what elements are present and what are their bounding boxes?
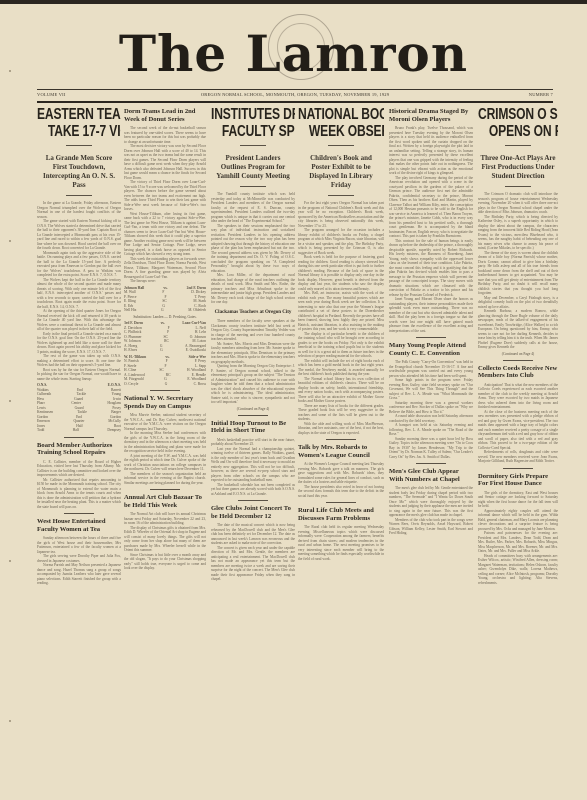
article-body: The Crimson O dramatic club will introdu… [478, 192, 558, 350]
column-6: CRIMSON O SEASONOPENS ON FRIDAYThree One… [478, 106, 558, 585]
lineup-header-cell: vs. [161, 321, 165, 326]
paragraph: Last year the Normal had a championship … [211, 447, 295, 483]
paragraph: Miss Marvie Seeber, national student sec… [124, 413, 206, 431]
article-body: Three members of the faculty were speake… [211, 319, 295, 405]
divider [240, 186, 266, 187]
divider [328, 195, 354, 196]
paragraph: The rest of the game was taken up with O… [37, 354, 121, 368]
paragraph: The Wolves kept the ball in the La Grand… [37, 278, 121, 310]
paragraph: A round table discussion was held Saturd… [389, 414, 473, 423]
paragraph: Men's basketball practice will start in … [211, 438, 295, 447]
paragraph: Sunday morning there was a quiet hour le… [389, 437, 473, 460]
deck-subheadline: Children's Book and Poster Exhibit to be… [300, 154, 382, 190]
continued-link[interactable]: (Continued on Page 4) [211, 407, 295, 411]
headline: INSTITUTES DRAWFACULTY SPEAKERS [211, 106, 277, 140]
paragraph: At the opening of the third quarter Jone… [37, 309, 121, 332]
divider [505, 145, 531, 146]
paragraph: The Birthday Party, which is being direc… [478, 215, 558, 251]
paragraph: This week the outstanding players as for… [124, 257, 206, 280]
lineup-cell: O. Cecyle [124, 382, 138, 387]
paragraph: At the Women's League Council meeting la… [298, 462, 384, 485]
divider [64, 437, 94, 438]
column-4: NATIONAL BOOKWEEK OBSERVEDChildren's Boo… [298, 106, 384, 561]
paragraph: Patrons and patronesses for the evening … [478, 531, 558, 554]
article-body: Anticipation! That is what the new membe… [478, 383, 558, 464]
article-body: Miss Marvie Seeber, national student sec… [124, 413, 206, 485]
divider [326, 439, 356, 440]
paragraph: Approximately eighty couples will attend… [478, 509, 558, 532]
lineup-cell: G [161, 308, 164, 313]
paragraph: The men's glee club led by Mr. Gentle en… [389, 486, 473, 518]
paragraph: Saturday morning there was a general wor… [389, 401, 473, 415]
publication-info: OREGON NORMAL SCHOOL, MONMOUTH, OREGON, … [37, 92, 553, 97]
lineup-cell: Todd [37, 428, 44, 433]
lineup-cell: E. Osoidkoski [186, 348, 206, 353]
paragraph: The girls serving were Dorothy Piper and… [37, 554, 121, 563]
divider [416, 337, 446, 338]
headline-line: NATIONAL BOOK [298, 106, 365, 123]
article: Initial Hoop Turnout to Be Held in Short… [211, 415, 295, 497]
paragraph: Janet Young and Moroni Olsen share the h… [389, 297, 473, 333]
article: INSTITUTES DRAWFACULTY SPEAKERSPresident… [211, 106, 295, 411]
lineup-row: H. ElwesGE. Osoidkoski [124, 348, 206, 353]
paragraph: The house presidents also voted in favor… [298, 485, 384, 499]
column-5: Historical Drama Staged By Moroni Olsen … [389, 106, 473, 536]
paragraph: The most decisive victory was won by Sec… [124, 144, 206, 180]
paragraph: The basketball schedule has not been com… [211, 483, 295, 497]
paragraph: Root was by far the star for Eastern Ore… [37, 368, 121, 382]
headline-line: EASTERN TEACHERS [37, 106, 103, 123]
binder-hole [9, 560, 11, 562]
lineup-cell: RC [164, 339, 169, 344]
paragraph: Mrs. Bell, art instructor, assists with … [298, 291, 384, 332]
lineup-table: O.N.S.E.O.N.S.WatkinsEndBarrettCulbreath… [37, 383, 121, 433]
paragraph: Book week is held for the purpose of fos… [298, 255, 384, 291]
masthead: The Lamron [0, 4, 587, 86]
paragraph: Since Christmas is but little over a mon… [124, 553, 206, 571]
divider [238, 500, 268, 501]
headline-line: OPENS ON FRIDAY [478, 123, 540, 140]
paragraph: The theme of the story is woven about th… [478, 251, 558, 296]
paragraph: The exhibit will include the set of eigh… [298, 359, 384, 377]
lineup-cell: C. Bross [194, 382, 206, 387]
binder-hole [9, 720, 11, 722]
article-body: The Rural club held its regular meeting … [298, 525, 384, 561]
article-headline: Talk by Mrs. Robards to Women's League C… [298, 444, 384, 459]
article: Historical Drama Staged By Moroni Olsen … [389, 108, 473, 333]
deck-subheadline: Three One-Act Plays Are First Production… [480, 154, 556, 181]
paragraph: The Crimson O dramatic club will introdu… [478, 192, 558, 215]
article-body: The men's glee club led by Mr. Gentle en… [389, 486, 473, 536]
newspaper-title: The Lamron [0, 24, 587, 84]
paragraph: Sunday afternoon between the hours of th… [37, 536, 121, 554]
paragraph: Monmouth again took up the aggressive si… [37, 251, 121, 278]
paragraph: The game started with Eastern Normal kic… [37, 219, 121, 251]
deck-subheadline: President Landers Outlines Program for Y… [213, 154, 293, 181]
binder-hole [9, 70, 11, 72]
paragraph: The Normal school library has its own co… [298, 377, 384, 404]
article-body: The second week of the do-nut basketball… [124, 126, 206, 284]
headline-line: TAKE 17-7 VICTORY [37, 123, 103, 140]
paragraph: The second week of the do-nut basketball… [124, 126, 206, 144]
column-3: INSTITUTES DRAWFACULTY SPEAKERSPresident… [211, 106, 295, 582]
article: NATIONAL BOOKWEEK OBSERVEDChildren's Boo… [298, 106, 384, 435]
divider [503, 360, 533, 361]
paragraph: The victory of Third Floor Dorm over Loa… [124, 180, 206, 212]
deck-subheadline: La Grande Men Score First Touchdown, Int… [39, 154, 119, 190]
article-headline: Collecto Coeds Receive New Members Into … [478, 365, 558, 380]
divider [37, 101, 553, 103]
divider [150, 390, 180, 391]
paragraph: The Normal Art club will have its annual… [124, 512, 206, 526]
divider [64, 513, 94, 514]
article-headline: Dormitory Girls Prepare For First House … [478, 473, 558, 488]
headline-line: WEEK OBSERVED [298, 123, 365, 140]
paragraph: A banquet was held at six Saturday eveni… [389, 423, 473, 437]
paragraph: May and December, a Caryl Fitzhugh story… [478, 296, 558, 310]
lineup-cell: M. Ohleferb [188, 308, 206, 313]
article: CRIMSON O SEASONOPENS ON FRIDAYThree One… [478, 106, 558, 356]
article-headline: Board Member Authorizes Training School … [37, 442, 121, 457]
article-body: Men's basketball practice will start in … [211, 438, 295, 497]
article: Men's Glee Club Appear With Numbers at C… [389, 463, 473, 536]
divider [238, 415, 268, 416]
paragraph: The play involved Germany during the per… [389, 176, 473, 239]
lineup-cell: Nell Hix [124, 308, 136, 313]
paragraph: Some high points in the program were: Fr… [389, 378, 473, 401]
lineup-table: W. H.-Tilikumvs.Side-a-WeeN. ParrishFF. … [124, 355, 206, 387]
dateline: VOLUME VII OREGON NORMAL SCHOOL, MONMOUT… [37, 92, 553, 100]
paragraph: With the able and willing work of Miss M… [298, 422, 384, 436]
article-body: The Normal Art club will have its annual… [124, 512, 206, 571]
paragraph: Quoting from the Morning Oregon City Ent… [211, 364, 295, 405]
article-body: The Yamhill county institute which was h… [211, 192, 295, 305]
article-body: In the game at La Grande, Friday afterno… [37, 201, 121, 381]
paragraph: Three members of the faculty were speake… [211, 319, 295, 342]
substitution-note: Substitution: Landen — D. Pershing, Gate… [124, 315, 206, 320]
paragraph: Heads of committees busy with arrangemen… [478, 554, 558, 586]
article: Dorm Teams Lead in 2nd Week of Donut Ser… [124, 108, 206, 386]
article-headline: Annual Art Club Bazaar To be Held This W… [124, 494, 206, 509]
paragraph: Anticipation! That is what the new membe… [478, 383, 558, 410]
lineup-row: O. CecyleGC. Bross [124, 382, 206, 387]
article-headline: Many Young People Attend County C. E. Co… [389, 342, 473, 357]
paragraph: Early in the final period La Grande star… [37, 332, 121, 355]
divider [37, 89, 553, 90]
paragraph: Refreshments of rolls, doughnuts and cid… [478, 450, 558, 464]
divider [416, 463, 446, 464]
article: Talk by Mrs. Robards to Women's League C… [298, 439, 384, 498]
divider [240, 145, 266, 146]
lineup-table: 3rd F. Dormvs.Loan-Curl-VanZ. DavidsonFL… [124, 321, 206, 353]
lineup-row: ToddHalfDempsey [37, 428, 121, 433]
paragraph: The lineups were: [124, 279, 206, 284]
lineup-cell: Dempsey [107, 428, 121, 433]
paragraph: The Polk County "Carry-On Convention" wa… [389, 360, 473, 378]
lineup-row: Nell HixGM. Ohleferb [124, 308, 206, 313]
article: Glee Clubs Joint Concert To be Held Dece… [211, 500, 295, 582]
lineup-cell: G [165, 382, 168, 387]
paragraph: Mr. Callister authorized that repairs am… [37, 478, 121, 510]
lineup-cell: F [165, 364, 167, 369]
divider [328, 145, 354, 146]
article: Board Member Authorizes Training School … [37, 437, 121, 510]
article-body: The Polk County "Carry-On Convention" wa… [389, 360, 473, 459]
headline: CRIMSON O SEASONOPENS ON FRIDAY [478, 106, 540, 140]
headline-line: CRIMSON O SEASON [478, 106, 540, 123]
article: Many Young People Attend County C. E. Co… [389, 337, 473, 459]
divider [503, 468, 533, 469]
paragraph: Norma Parrish and May Neilson presented … [37, 563, 121, 586]
paragraph: Members of the club who took part in the… [389, 518, 473, 536]
divider [150, 489, 180, 490]
article: EASTERN TEACHERSTAKE 17-7 VICTORYLa Gran… [37, 106, 121, 433]
divider [505, 186, 531, 187]
column-2: Dorm Teams Lead in 2nd Week of Donut Ser… [124, 106, 206, 571]
paragraph: A joint meeting of the Y.W. and Y.M.C.A.… [124, 454, 206, 472]
column-1: EASTERN TEACHERSTAKE 17-7 VICTORYLa Gran… [37, 106, 121, 586]
lineup-table: Johnson Hallvs.2nd F. DormM. WallFD. Dic… [124, 286, 206, 313]
paragraph: At the close of the business meeting eac… [478, 410, 558, 451]
article: Collecto Coeds Receive New Members Into … [478, 360, 558, 464]
article-headline: National Y. W. Secretary Spends Day on C… [124, 395, 206, 410]
paragraph: The members of the season's organization… [124, 472, 206, 486]
article-headline: Initial Hoop Turnout to Be Held in Short… [211, 420, 295, 435]
binder-hole [9, 400, 11, 402]
divider [66, 145, 92, 146]
paragraph: Mrs. Lora Miller, of the department of r… [211, 273, 295, 305]
headline-line: INSTITUTES DRAW [211, 106, 277, 123]
article-body: Sunday afternoon between the hours of th… [37, 536, 121, 586]
headline-line: FACULTY SPEAKERS [211, 123, 277, 140]
issue-number: NUMBER 7 [529, 92, 553, 97]
article-body: For the last eight years Oregon Normal h… [298, 201, 384, 435]
paragraph: This contract for the sale of human bein… [389, 239, 473, 298]
lineup-cell: Half [73, 428, 79, 433]
lineup-cell: SC [159, 368, 163, 373]
binder-hole [9, 240, 11, 242]
lineup-cell: G [160, 348, 163, 353]
article-body: The girls of the dormitory, East and Wes… [478, 491, 558, 586]
article: National Y. W. Secretary Spends Day on C… [124, 390, 206, 485]
paragraph: The Yamhill county institute which was h… [211, 192, 295, 224]
paragraph: For the last eight years Oregon Normal h… [298, 201, 384, 228]
paragraph: The date of the musical concert which is… [211, 523, 295, 546]
article-headline: Glee Clubs Joint Concert To be Held Dece… [211, 505, 295, 520]
paragraph: The program arranged for the occasion in… [298, 228, 384, 255]
headline: NATIONAL BOOKWEEK OBSERVED [298, 106, 365, 140]
paragraph: West House-Tilikum, after losing its fir… [124, 212, 206, 257]
article-headline: Men's Glee Club Appear With Numbers at C… [389, 468, 473, 483]
article: Rural Life Club Meets and Discusses Farm… [298, 502, 384, 561]
paragraph: C. E. Callister, member of the Board of … [37, 460, 121, 478]
article-headline: Rural Life Club Meets and Discusses Farm… [298, 507, 384, 522]
article-headline: Dorm Teams Lead in 2nd Week of Donut Ser… [124, 108, 206, 123]
article: West House Entertained Faculty Women at … [37, 513, 121, 586]
lineup-cell: H. Elwes [124, 348, 137, 353]
paragraph: The speakers in their sessions emphasize… [211, 224, 295, 274]
article-body: Bruno Frank's play, Twelve Thousand, whi… [389, 126, 473, 333]
article-body: C. E. Callister, member of the Board of … [37, 460, 121, 510]
paragraph: The display of Christmas gifts is obtain… [124, 526, 206, 553]
paragraph: There are many lists of books for the di… [298, 404, 384, 422]
headline: EASTERN TEACHERSTAKE 17-7 VICTORY [37, 106, 103, 140]
divider [326, 502, 356, 503]
paragraph: Kenneth Barbour, a modern Romeo, while g… [478, 309, 558, 350]
paragraph: Bruno Frank's play, Twelve Thousand, whi… [389, 126, 473, 176]
section-subhead: Clackamas Teachers at Oregon City [211, 309, 295, 317]
paragraph: In the game at La Grande, Friday afterno… [37, 201, 121, 219]
paragraph: The display is of particular benefit to … [298, 332, 384, 359]
paragraph: In the morning Miss Seeber had conferenc… [124, 431, 206, 454]
article-body: At the Women's League Council meeting la… [298, 462, 384, 498]
article-body: The date of the musical concert which is… [211, 523, 295, 582]
paragraph: The girls of the dormitory, East and Wes… [478, 491, 558, 509]
article: Dormitory Girls Prepare For First House … [478, 468, 558, 586]
article-headline: West House Entertained Faculty Women at … [37, 518, 121, 533]
article: Annual Art Club Bazaar To be Held This W… [124, 489, 206, 571]
article-headline: Historical Drama Staged By Moroni Olsen … [389, 108, 473, 123]
paragraph: Mr. Santee, Mrs. Morris and Miss Denniso… [211, 342, 295, 365]
continued-link[interactable]: (Continued on Page 4) [478, 352, 558, 356]
paragraph: The Rural club held its regular meeting … [298, 525, 384, 561]
paragraph: The concert is given each year and under… [211, 546, 295, 582]
divider [66, 195, 92, 196]
